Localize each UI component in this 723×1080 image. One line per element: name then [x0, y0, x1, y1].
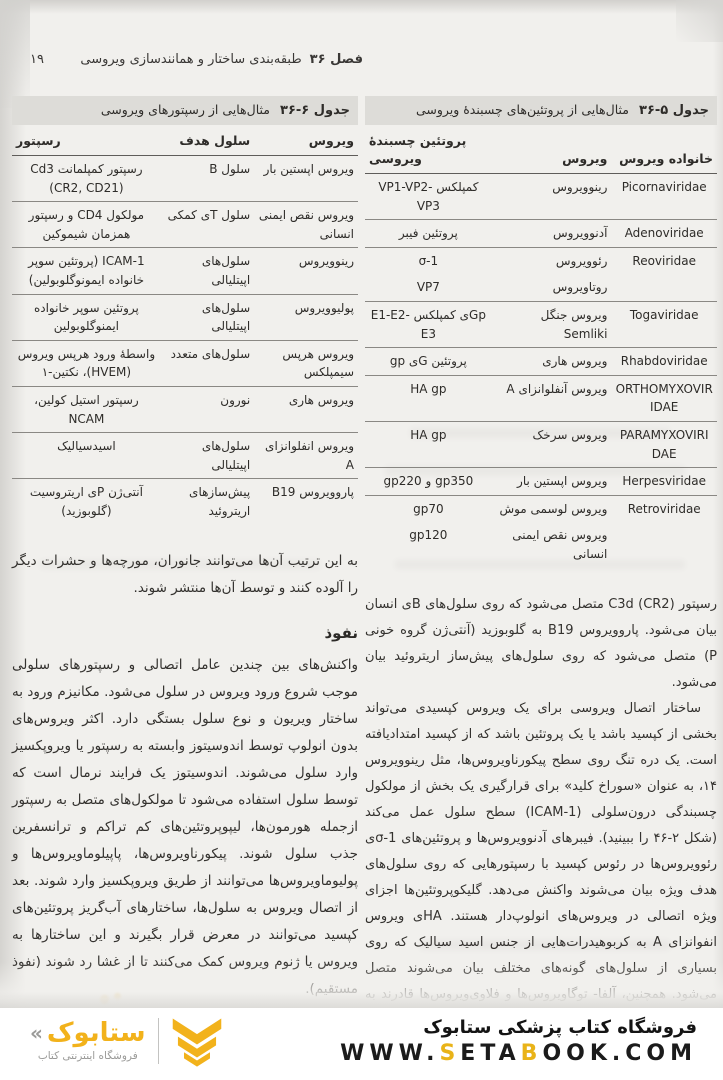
cell-target: سلول‌های اپیتلیالی: [161, 433, 254, 479]
cell-target: سلول‌های اپیتلیالی: [161, 248, 254, 294]
cell-protein: Gpی کمپلکس E1-E2-E3: [365, 302, 492, 348]
website-url: WWW.SETABOOK.COM: [340, 1041, 697, 1066]
cell-receptor: ICAM-1 (پروتئین سوپر خانواده ایمونوگلوبو…: [12, 248, 161, 294]
guillemet-icon: «: [30, 1023, 43, 1043]
cell-target: سلول Tی کمکی: [161, 202, 254, 248]
cell-target: سلول‌های اپیتلیالی: [161, 294, 254, 340]
table-row: رینوویروسسلول‌های اپیتلیالیICAM-1 (پروتئ…: [12, 248, 358, 294]
table-row: Rhabdoviridaeویروس هاریپروتئین Gی gp: [365, 348, 717, 376]
table-virus-receptors: جدول ۶-۳۶مثال‌هایی از رسپتورهای ویروسی و…: [12, 96, 358, 524]
table-row: Adenoviridaeآدنوویروسپروتئین فیبر: [365, 220, 717, 248]
paragraph-spread-continuation: به این ترتیب آن‌ها می‌توانند جانوران، مو…: [12, 548, 358, 602]
table-caption-text: مثال‌هایی از رسپتورهای ویروسی: [101, 102, 270, 117]
scan-shadow-top-left: [0, 0, 30, 108]
table-attachment-proteins: جدول ۵-۳۶مثال‌هایی از پروتئین‌های چسبنده…: [365, 96, 717, 568]
cell-family: Retroviridae: [611, 495, 717, 522]
paragraph-receptor-continuation: رسپتور C3d (CR2) متصل می‌شود که روی سلول…: [365, 592, 717, 696]
chapter-heading: فصل ۳۶طبقه‌بندی ساختار و همانندسازی ویرو…: [80, 52, 363, 67]
cell-family: Adenoviridae: [611, 220, 717, 248]
cell-target: سلول B: [161, 155, 254, 201]
cell-family: [611, 274, 717, 301]
cell-target: پیش‌سازهای اریتروئید: [161, 479, 254, 525]
cell-protein: پروتئین فیبر: [365, 220, 492, 248]
table-row: ویروس هرپس سیمپلکسسلول‌های متعددواسطهٔ و…: [12, 340, 358, 386]
column-header-virus: ویروس: [254, 127, 358, 156]
cell-receptor: رسپتور استیل کولین، NCAM: [12, 386, 161, 432]
table-row: ویروس هارینورونرسپتور استیل کولین، NCAM: [12, 386, 358, 432]
store-name: فروشگاه کتاب پزشکی ستابوک: [340, 1017, 697, 1038]
bleed-through-dot: [100, 995, 109, 1004]
table-row: روتاویروسVP7: [365, 274, 717, 301]
paragraph-attachment-structure: ساختار اتصال ویروسی برای یک ویروس کپسیدی…: [365, 696, 717, 1060]
column-header-family: خانواده ویروس: [611, 127, 717, 174]
bleed-through-artifact: [385, 466, 685, 476]
page-header: ۱۹ فصل ۳۶طبقه‌بندی ساختار و همانندسازی و…: [30, 52, 363, 67]
cell-receptor: آنتی‌ژن Pی اریتروسیت (گلوبوزید): [12, 479, 161, 525]
cell-virus: ویروس نقص ایمنی انسانی: [254, 202, 358, 248]
logo-divider: [158, 1018, 159, 1064]
table-row: Retroviridaeویروس لوسمی موشgp70: [365, 495, 717, 522]
logo-wordmark: ستابوک: [47, 1020, 146, 1046]
cell-virus: رئوویروس: [492, 247, 612, 274]
bleed-through-artifact: [40, 560, 320, 569]
table-row: پولیوویروسسلول‌های اپیتلیالیپروتئین سوپر…: [12, 294, 358, 340]
table-row: پاروویروس B19پیش‌سازهای اریتروئیدآنتی‌ژن…: [12, 479, 358, 525]
table-caption-text: مثال‌هایی از پروتئین‌های چسبندهٔ ویروسی: [416, 102, 629, 117]
table-row: Picornaviridaeرینوویروسکمپلکس VP1-VP2-VP…: [365, 174, 717, 220]
cell-family: ORTHOMYXOVIRIDAE: [611, 375, 717, 421]
bookstore-banner: « ستابوک فروشگاه اینترنتی کتاب فروشگاه ک…: [0, 1008, 723, 1080]
cell-protein: پروتئین Gی gp: [365, 348, 492, 376]
chapter-title: طبقه‌بندی ساختار و همانندسازی ویروسی: [80, 52, 301, 67]
cell-virus: ویروس هاری: [254, 386, 358, 432]
cell-virus: رینوویروس: [254, 248, 358, 294]
cell-family: Togaviridae: [611, 302, 717, 348]
cell-family: Rhabdoviridae: [611, 348, 717, 376]
table-header-row: خانواده ویروس ویروس پروتئین چسبندهٔ ویرو…: [365, 127, 717, 174]
cell-virus: ویروس جنگل Semliki: [492, 302, 612, 348]
scan-shadow-top-right: [676, 0, 723, 42]
cell-virus: ویروس هرپس سیمپلکس: [254, 340, 358, 386]
table-caption-number: جدول ۵-۳۶: [639, 103, 709, 118]
table-row: Togaviridaeویروس جنگل SemlikiGpی کمپلکس …: [365, 302, 717, 348]
table-caption: جدول ۵-۳۶مثال‌هایی از پروتئین‌های چسبنده…: [365, 96, 717, 125]
cell-target: نورون: [161, 386, 254, 432]
cell-virus: پاروویروس B19: [254, 479, 358, 525]
cell-virus: آدنوویروس: [492, 220, 612, 248]
cell-virus: ویروس اپستین بار: [254, 155, 358, 201]
bleed-through-dot: [114, 993, 121, 1000]
cell-receptor: اسیدسیالیک: [12, 433, 161, 479]
cell-virus: ویروس هاری: [492, 348, 612, 376]
section-heading-penetration: نفوذ: [12, 624, 358, 642]
cell-virus: رینوویروس: [492, 174, 612, 220]
column-header-target-cell: سلول هدف: [161, 127, 254, 156]
cell-receptor: رسپتور کمپلمانت Cd3 (CR2, CD21): [12, 155, 161, 201]
table-header-row: ویروس سلول هدف رسپتور: [12, 127, 358, 156]
cell-protein: کمپلکس VP1-VP2-VP3: [365, 174, 492, 220]
table-caption-number: جدول ۶-۳۶: [280, 103, 350, 118]
paragraph-penetration: واکنش‌های بین چندین عامل اتصالی و رسپتور…: [12, 652, 358, 1003]
cell-target: سلول‌های متعدد: [161, 340, 254, 386]
column-header-virus: ویروس: [492, 127, 612, 174]
cell-virus: ویروس آنفلوانزای A: [492, 375, 612, 421]
column-header-protein: پروتئین چسبندهٔ ویروسی: [365, 127, 492, 174]
cell-protein: HA gp: [365, 375, 492, 421]
logo-tagline: فروشگاه اینترنتی کتاب: [38, 1050, 138, 1062]
page-number: ۱۹: [30, 52, 44, 67]
table-row: ویروس انفلوانزای Aسلول‌های اپیتلیالیاسید…: [12, 433, 358, 479]
chapter-label: فصل ۳۶: [310, 52, 363, 67]
cell-virus: ویروس لوسمی موش: [492, 495, 612, 522]
cell-family: Reoviridae: [611, 247, 717, 274]
cell-receptor: واسطهٔ ورود هرپس ویروس (HVEM)، نکتین-۱: [12, 340, 161, 386]
cell-receptor: مولکول CD4 و رسپتور همزمان شیموکین: [12, 202, 161, 248]
cell-protein: gp70: [365, 495, 492, 522]
table-row: ویروس اپستین بارسلول Bرسپتور کمپلمانت Cd…: [12, 155, 358, 201]
scanned-page: ۱۹ فصل ۳۶طبقه‌بندی ساختار و همانندسازی و…: [0, 0, 723, 1008]
cell-protein: VP7: [365, 274, 492, 301]
chevron-badge-icon: [171, 1015, 223, 1067]
column-right: جدول ۵-۳۶مثال‌هایی از پروتئین‌های چسبنده…: [365, 96, 717, 1060]
bleed-through-artifact: [420, 940, 670, 950]
cell-virus: روتاویروس: [492, 274, 612, 301]
cell-virus: ویروس انفلوانزای A: [254, 433, 358, 479]
table-row: ویروس نقص ایمنی انسانیسلول Tی کمکیمولکول…: [12, 202, 358, 248]
table-row: ORTHOMYXOVIRIDAEویروس آنفلوانزای AHA gp: [365, 375, 717, 421]
cell-protein: σ-1: [365, 247, 492, 274]
setabook-logo: « ستابوک فروشگاه اینترنتی کتاب: [30, 1015, 223, 1067]
logo-wordmark-block: « ستابوک فروشگاه اینترنتی کتاب: [30, 1020, 146, 1062]
cell-receptor: پروتئین سوپر خانواده ایمنوگلوبولین: [12, 294, 161, 340]
cell-family: Picornaviridae: [611, 174, 717, 220]
bleed-through-artifact: [395, 560, 685, 569]
bookstore-text-block: فروشگاه کتاب پزشکی ستابوک WWW.SETABOOK.C…: [340, 1017, 697, 1066]
table-caption: جدول ۶-۳۶مثال‌هایی از رسپتورهای ویروسی: [12, 96, 358, 125]
cell-virus: پولیوویروس: [254, 294, 358, 340]
bleed-through-artifact: [410, 428, 670, 438]
table-row: Reoviridaeرئوویروسσ-1: [365, 247, 717, 274]
column-header-receptor: رسپتور: [12, 127, 161, 156]
